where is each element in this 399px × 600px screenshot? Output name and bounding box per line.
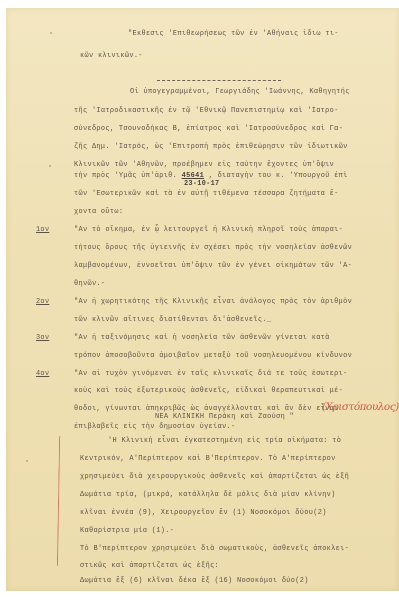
section-body-line: Καθαρίστρια μία (1).- — [80, 527, 174, 536]
question-3-line: τρόπον ἀποσοβοῦντα ἀμοιβαῖον μεταξὺ τοῦ … — [74, 352, 352, 361]
section-body-line: Κεντρικόν, Α'Περίπτερον καὶ Β'Περίπτερον… — [80, 455, 336, 464]
intro-line: Κλινικῶν τῶν 'Αθηνῶν, προέβημεν εἰς ταύτ… — [74, 161, 334, 170]
section-heading: ΝΕΑ ΚΛΙΝΙΚΗ Περάκη καὶ Ζαούση " — [155, 413, 294, 422]
section-body-line: χρησιμεύει διὰ χειρουργικοὺς ἀσθενεῖς κα… — [80, 473, 349, 482]
intro-line: ζῆς Δημ. 'Ιατρός, ὡς 'Επιτροπὴ πρὸς ἐπιθ… — [74, 143, 348, 152]
section-body-line: Τὸ Β'περίπτερον χρησιμεύει διὰ σωματικοὺ… — [80, 545, 349, 554]
question-4-line: ἐπιβλαβεῖς εἰς τὴν δημοσίαν ὑγείαν.- — [74, 423, 235, 432]
document-title-line-1: "Εκθεσις 'Επιθεωρήσεως τῶν ἐν 'Αθήναις ἰ… — [128, 30, 339, 39]
question-number-3: 3ον — [36, 334, 49, 343]
intro-line: τῆς 'Ιατροδικαστικῆς ἐν τῷ 'Εθνικῷ Πανεπ… — [74, 107, 339, 116]
intro-line: σύνεδρος, Τσουνοδήκας Β, ἐπίατρος καὶ 'Ι… — [74, 125, 343, 134]
order-line-suffix: , διαταγὴν του κ. 'Υπουργοῦ ἐπὶ — [209, 172, 348, 180]
question-1-line: θηνῶν.- — [74, 280, 105, 289]
intro-tail-line: τῶν 'Εσωτερικῶν καὶ τὰ ἐν αὐτῇ τιθέμενα … — [74, 190, 339, 199]
question-number-2: 2ον — [36, 298, 49, 307]
title-divider — [157, 80, 281, 81]
section-body-line: στικῶς καὶ ἀπαρτίζεται ὡς ἑξῆς: — [80, 562, 219, 571]
question-2-line: τῶν κλινῶν αἵτινες διατίθενται δι'ἀσθενε… — [74, 316, 271, 325]
question-4-line: "Αν αἱ τυχὸν γινόμεναι ἐν ταῖς κλινικαῖς… — [74, 370, 348, 379]
order-line-prefix: τὴν πρὸς 'Υμᾶς ὑπ'ἀριθ. — [74, 172, 177, 180]
question-number-1: 1ον — [36, 226, 49, 235]
intro-tail-line: χοντα οὕτω: — [74, 208, 123, 217]
paper-speck — [49, 165, 51, 167]
question-1-line: τήτους ὅρους τῆς ὑγιεινῆς ἐν σχέσει πρὸς… — [74, 244, 352, 253]
question-1-line: λαμβανομένων, ἐννοεῖται ὑπ'ὄψιν τῶν ἐν γ… — [74, 262, 352, 271]
question-1-line: "Αν τὸ οἴκημα, ἐν ᾧ λειτουργεῖ ἡ Κλινικὴ… — [74, 226, 343, 235]
document-title-line-2: κῶν κλινικῶν.- — [80, 52, 143, 61]
paper-speck — [26, 460, 28, 462]
intro-line: Οἱ ὑπογεγραμμένοι, Γεωργιάδης 'Ιωάννης, … — [130, 88, 350, 97]
order-date: 23-10-17 — [184, 180, 219, 188]
question-4-line: κοὺς καὶ τοὺς ἐξωτερικοὺς ἀσθενεῖς, εἰδι… — [74, 387, 343, 396]
question-3-line: "Αν ἡ ταξινόμησις καὶ ἡ νοσηλεία τῶν ἀσθ… — [74, 334, 330, 343]
section-body-line: Δωμάτια τρία, (μικρά, κατάλληλα δὲ μόλις… — [80, 491, 336, 500]
section-body-line: Δωμάτια ἓξ (6) κλῖναι δέκα ἓξ (16) Νοσοκ… — [80, 577, 309, 586]
handwritten-annotation: (Χριστόπουλος) — [322, 401, 399, 413]
question-2-line: "Αν ἡ χωρητικότης τῆς Κλινικῆς εἶναι ἀνά… — [74, 298, 352, 307]
order-number: 45641 — [182, 172, 204, 180]
section-body-line: κλῖναι ἐννέα (9), Χειρουργεῖον ἓν (1) Νο… — [80, 509, 327, 518]
question-number-4: 4ον — [36, 370, 49, 379]
section-body-line: 'Η Κλινικὴ εἶναι ἐγκατεστημένη εἰς τρία … — [108, 437, 341, 446]
paper-speck — [50, 32, 52, 34]
